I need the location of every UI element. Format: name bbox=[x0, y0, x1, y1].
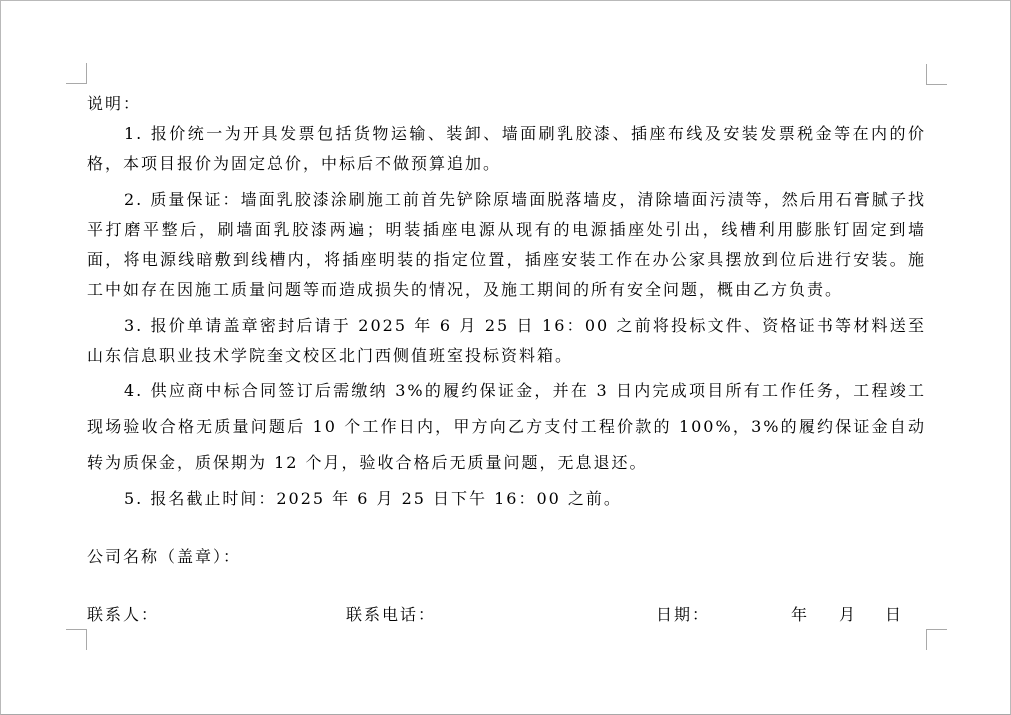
paragraph-submission-deadline: 3. 报价单请盖章密封后请于 2025 年 6 月 25 日 16：00 之前将… bbox=[87, 311, 926, 371]
month-label: 月 bbox=[839, 600, 857, 630]
contact-person-label: 联系人： bbox=[87, 600, 159, 630]
paragraph-quality-guarantee: 2. 质量保证：墙面乳胶漆涂刷施工前首先铲除原墙面脱落墙皮，清除墙面污渍等，然后… bbox=[87, 185, 926, 305]
contact-phone-label: 联系电话： bbox=[346, 600, 436, 630]
company-seal-label: 公司名称（盖章）： bbox=[87, 542, 926, 572]
paragraph-registration-deadline: 5. 报名截止时间：2025 年 6 月 25 日下午 16：00 之前。 bbox=[87, 484, 926, 514]
margin-crop-mark-top-right bbox=[926, 64, 947, 85]
document-body: 说明： 1. 报价统一为开具发票包括货物运输、装卸、墙面刷乳胶漆、插座布线及安装… bbox=[87, 89, 926, 630]
signature-row: 联系人： 联系电话： 日期： 年 月 日 bbox=[87, 600, 926, 630]
date-label: 日期： bbox=[656, 600, 710, 630]
margin-crop-mark-top-left bbox=[66, 63, 87, 84]
paragraph-performance-bond: 4. 供应商中标合同签订后需缴纳 3%的履约保证金，并在 3 日内完成项目所有工… bbox=[87, 373, 926, 481]
section-heading: 说明： bbox=[87, 89, 926, 119]
year-label: 年 bbox=[791, 600, 809, 630]
document-page: 说明： 1. 报价统一为开具发票包括货物运输、装卸、墙面刷乳胶漆、插座布线及安装… bbox=[0, 0, 1011, 715]
day-label: 日 bbox=[885, 600, 903, 630]
margin-crop-mark-bottom-left bbox=[66, 629, 87, 650]
margin-crop-mark-bottom-right bbox=[926, 629, 947, 650]
paragraph-price-terms: 1. 报价统一为开具发票包括货物运输、装卸、墙面刷乳胶漆、插座布线及安装发票税金… bbox=[87, 119, 926, 179]
